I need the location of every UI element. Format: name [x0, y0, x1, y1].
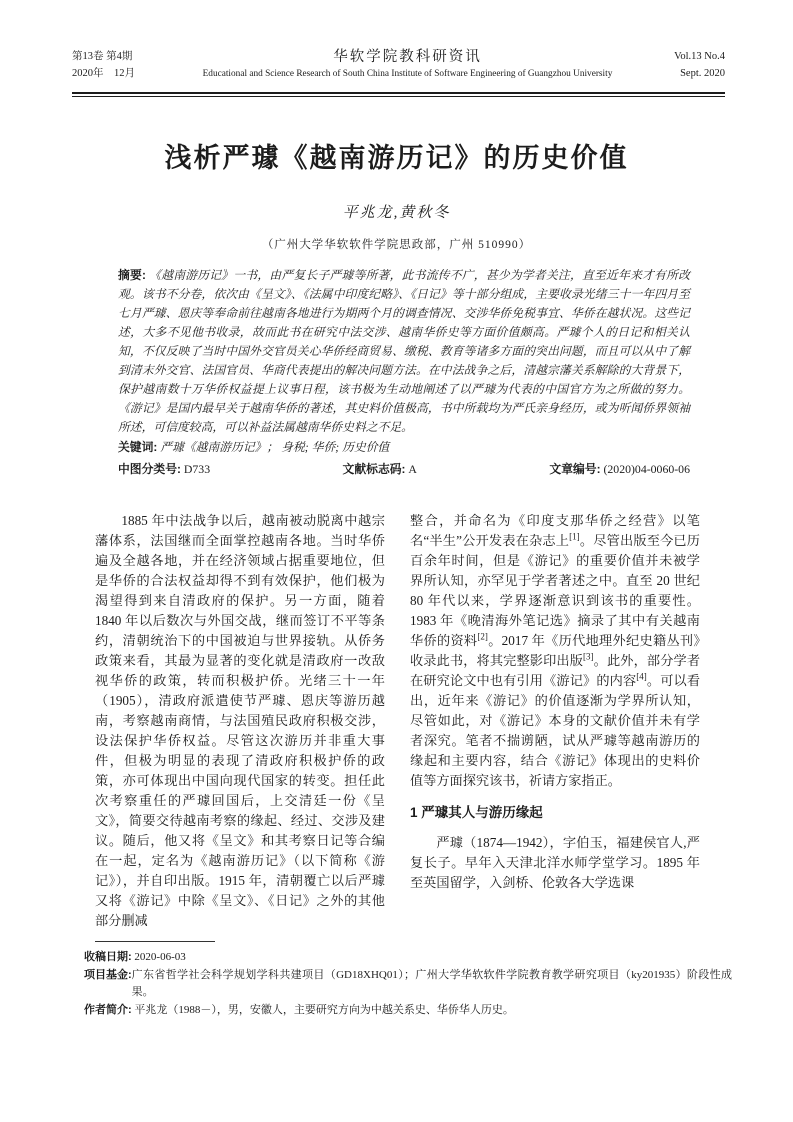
journal-title-en: Educational and Science Research of Sout… — [168, 66, 647, 82]
keywords-text: 严璩《越南游历记》； 身税; 华侨; 历史价值 — [160, 440, 389, 454]
author-bio-value: 平兆龙（1988－），男，安徽人，主要研究方向为中越关系史、华侨华人历史。 — [134, 1002, 732, 1020]
body-right-column: 整合，并命名为《印度支那华侨之经营》以笔名“半生”公开发表在杂志上[1]。尽管出… — [410, 511, 700, 931]
journal-volume-issue-en: Vol.13 No.4 — [647, 48, 725, 65]
body-paragraph-1: 1885 年中法战争以后，越南被动脱离中越宗藩体系，法国继而全面掌控越南各地。当… — [95, 511, 385, 931]
body-paragraph-1-continued: 整合，并命名为《印度支那华侨之经营》以笔名“半生”公开发表在杂志上[1]。尽管出… — [410, 511, 700, 791]
journal-header: 第13卷 第4期 2020年 12月 华软学院教科研资讯 Educational… — [72, 48, 725, 82]
journal-date-cn: 2020年 12月 — [72, 65, 168, 82]
abstract-text: 《越南游历记》一书，由严复长子严璩等所著，此书流传不广，甚少为学者关注，直至近年… — [118, 268, 690, 434]
journal-volume-issue-cn: 第13卷 第4期 — [72, 48, 168, 65]
journal-volume-issue-block: 第13卷 第4期 2020年 12月 — [72, 48, 168, 82]
footnotes-block: 收稿日期: 2020-06-03 项目基金:广东省哲学社会科学规划学科共建项目（… — [84, 949, 732, 1019]
journal-date-en: Sept. 2020 — [647, 65, 725, 82]
article-id-value: (2020)04-0060-06 — [603, 462, 690, 476]
keywords-row: 关键词: 严璩《越南游历记》； 身税; 华侨; 历史价值 — [118, 438, 690, 457]
author-bio-row: 作者简介: 平兆龙（1988－），男，安徽人，主要研究方向为中越关系史、华侨华人… — [84, 1002, 732, 1020]
project-fund-row: 项目基金:广东省哲学社会科学规划学科共建项目（GD18XHQ01）；广州大学华软… — [84, 967, 732, 1002]
footnote-divider — [95, 941, 215, 942]
article-affiliation: （广州大学华软软件学院思政部，广州 510990） — [0, 236, 793, 252]
doc-code-segment: 文献标志码: A — [343, 460, 417, 479]
keywords-label: 关键词: — [118, 440, 157, 454]
abstract-paragraph: 摘要: 《越南游历记》一书，由严复长子严璩等所著，此书流传不广，甚少为学者关注，… — [118, 266, 690, 437]
journal-page: 第13卷 第4期 2020年 12月 华软学院教科研资讯 Educational… — [0, 0, 793, 1122]
header-divider-rule — [72, 92, 725, 97]
journal-title-block: 华软学院教科研资讯 Educational and Science Resear… — [168, 48, 647, 82]
section-1-heading: 1 严璩其人与游历缘起 — [410, 803, 700, 823]
abstract-block: 摘要: 《越南游历记》一书，由严复长子严璩等所著，此书流传不广，甚少为学者关注，… — [118, 266, 690, 479]
clc-segment: 中图分类号: D733 — [118, 460, 210, 479]
doc-code-label: 文献标志码: — [343, 462, 406, 476]
article-id-label: 文章编号: — [549, 462, 600, 476]
project-fund-value: 广东省哲学社会科学规划学科共建项目（GD18XHQ01）；广州大学华软软件学院教… — [132, 967, 732, 1002]
doc-code-value: A — [408, 462, 417, 476]
classification-row: 中图分类号: D733 文献标志码: A 文章编号: (2020)04-0060… — [118, 460, 690, 479]
project-fund-label: 项目基金: — [84, 967, 132, 1002]
clc-value: D733 — [184, 462, 210, 476]
received-date-row: 收稿日期: 2020-06-03 — [84, 949, 732, 967]
article-id-segment: 文章编号: (2020)04-0060-06 — [549, 460, 690, 479]
body-columns: 1885 年中法战争以后，越南被动脱离中越宗藩体系，法国继而全面掌控越南各地。当… — [95, 511, 701, 931]
journal-title-cn: 华软学院教科研资讯 — [168, 48, 647, 66]
received-date-value: 2020-06-03 — [134, 949, 732, 967]
article-authors: 平兆龙,黄秋冬 — [0, 201, 793, 222]
body-left-column: 1885 年中法战争以后，越南被动脱离中越宗藩体系，法国继而全面掌控越南各地。当… — [95, 511, 385, 931]
clc-label: 中图分类号: — [118, 462, 181, 476]
journal-volume-issue-en-block: Vol.13 No.4 Sept. 2020 — [647, 48, 725, 82]
abstract-label: 摘要: — [118, 268, 146, 282]
author-bio-label: 作者简介: — [84, 1002, 132, 1020]
body-paragraph-2: 严璩（1874—1942），字伯玉，福建侯官人,严复长子。早年入天津北洋水师学堂… — [410, 833, 700, 893]
article-title: 浅析严璩《越南游历记》的历史价值 — [0, 136, 793, 175]
received-date-label: 收稿日期: — [84, 949, 132, 967]
